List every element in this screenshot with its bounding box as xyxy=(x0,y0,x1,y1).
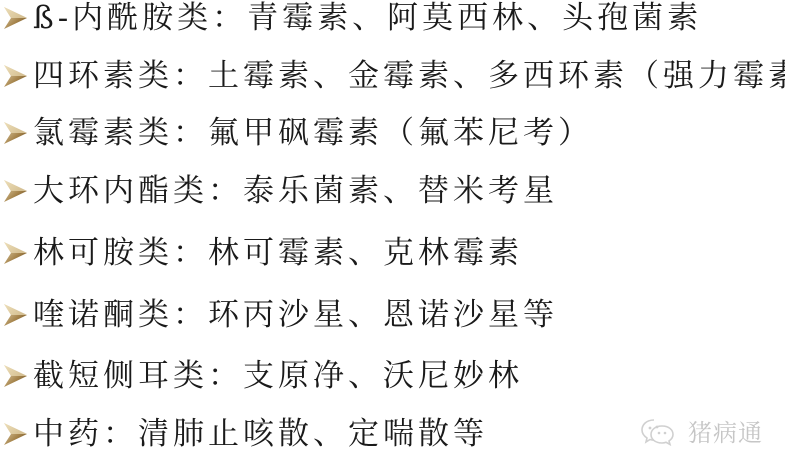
arrowhead-bullet-icon xyxy=(2,5,30,31)
arrowhead-bullet-icon xyxy=(2,363,30,389)
arrowhead-bullet-icon xyxy=(2,120,30,146)
list-item-text: 中药：清肺止咳散、定喘散等 xyxy=(33,412,488,456)
list-item: 喹诺酮类：环丙沙星、恩诺沙星等 xyxy=(2,293,558,337)
arrowhead-bullet-icon xyxy=(2,421,30,447)
list-item-text: ß-内酰胺类：青霉素、阿莫西林、头孢菌素 xyxy=(33,0,702,40)
list-item: 林可胺类：林可霉素、克林霉素 xyxy=(2,231,523,275)
list-item-text: 氯霉素类：氟甲砜霉素（氟苯尼考） xyxy=(33,111,593,155)
list-item-text: 大环内酯类：泰乐菌素、替米考星 xyxy=(33,169,558,213)
watermark: 猪病通 xyxy=(640,413,763,448)
arrowhead-bullet-icon xyxy=(2,302,30,328)
list-item: ß-内酰胺类：青霉素、阿莫西林、头孢菌素 xyxy=(2,0,702,40)
list-item-text: 截短侧耳类：支原净、沃尼妙林 xyxy=(33,354,523,398)
list-item: 中药：清肺止咳散、定喘散等 xyxy=(2,412,488,456)
arrowhead-bullet-icon xyxy=(2,178,30,204)
watermark-text: 猪病通 xyxy=(688,413,763,448)
list-item-text: 喹诺酮类：环丙沙星、恩诺沙星等 xyxy=(33,293,558,337)
arrowhead-bullet-icon xyxy=(2,63,30,89)
list-item: 截短侧耳类：支原净、沃尼妙林 xyxy=(2,354,523,398)
list-item: 氯霉素类：氟甲砜霉素（氟苯尼考） xyxy=(2,111,593,155)
list-item-text: 四环素类：土霉素、金霉素、多西环素（强力霉素） xyxy=(33,54,785,98)
wechat-icon xyxy=(640,416,680,446)
arrowhead-bullet-icon xyxy=(2,240,30,266)
antibiotic-class-list: ß-内酰胺类：青霉素、阿莫西林、头孢菌素 四环素类：土霉素、金霉素、多西环素（强… xyxy=(0,0,785,462)
list-item: 大环内酯类：泰乐菌素、替米考星 xyxy=(2,169,558,213)
list-item: 四环素类：土霉素、金霉素、多西环素（强力霉素） xyxy=(2,54,785,98)
list-item-text: 林可胺类：林可霉素、克林霉素 xyxy=(33,231,523,275)
